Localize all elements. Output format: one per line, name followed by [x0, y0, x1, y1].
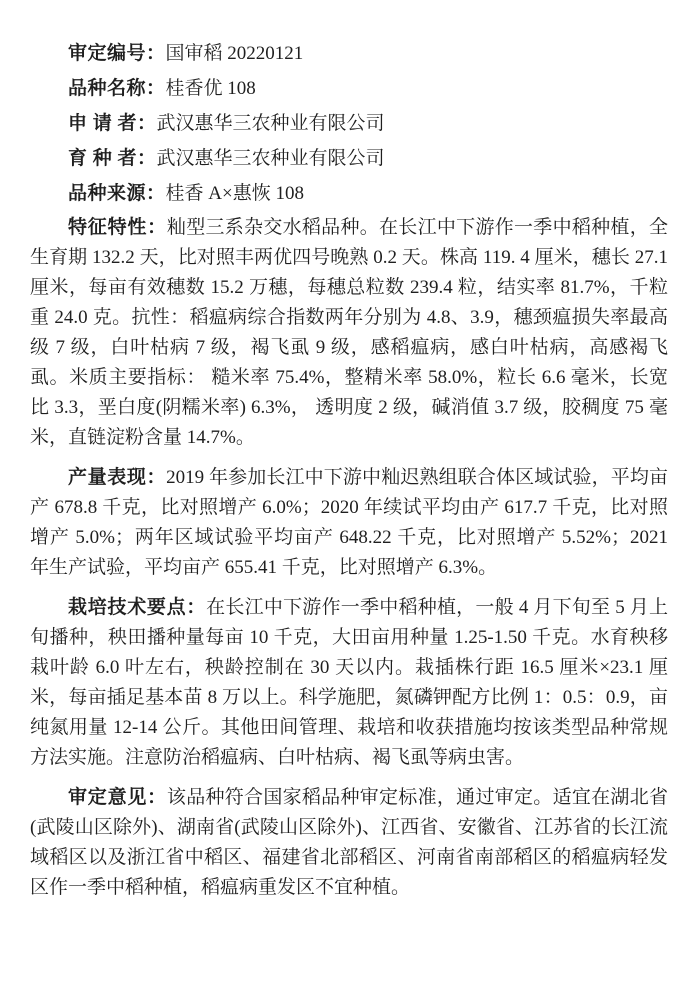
- paragraph-label: 栽培技术要点：: [68, 597, 206, 618]
- field-row-breeder: 育 种 者：武汉惠华三农种业有限公司: [30, 141, 668, 176]
- paragraph-characteristics: 特征特性：籼型三系杂交水稻品种。在长江中下游作一季中稻种植，全生育期 132.2…: [30, 213, 668, 453]
- field-value: 桂香 A×惠恢 108: [166, 183, 304, 204]
- field-label: 审定编号：: [68, 43, 166, 64]
- paragraph-yield-performance: 产量表现：2019 年参加长江中下游中籼迟熟组联合体区域试验，平均亩产 678.…: [30, 463, 668, 583]
- field-value: 武汉惠华三农种业有限公司: [157, 148, 385, 169]
- paragraph-label: 特征特性：: [68, 217, 167, 238]
- field-value: 国审稻 20220121: [166, 43, 304, 64]
- field-label: 品种名称：: [68, 78, 166, 99]
- field-label: 品种来源：: [68, 183, 166, 204]
- field-value: 桂香优 108: [166, 78, 256, 99]
- header-fields: 审定编号：国审稻 20220121 品种名称：桂香优 108 申 请 者：武汉惠…: [30, 36, 668, 211]
- field-row-variety-source: 品种来源：桂香 A×惠恢 108: [30, 176, 668, 211]
- paragraph-text: 籼型三系杂交水稻品种。在长江中下游作一季中稻种植，全生育期 132.2 天，比对…: [30, 217, 668, 448]
- field-row-variety-name: 品种名称：桂香优 108: [30, 71, 668, 106]
- field-label: 申 请 者：: [68, 113, 157, 134]
- paragraph-label: 产量表现：: [68, 467, 166, 488]
- paragraph-label: 审定意见：: [68, 787, 167, 808]
- paragraph-text: 在长江中下游作一季中稻种植，一般 4 月下旬至 5 月上旬播种，秧田播种量每亩 …: [30, 597, 668, 768]
- paragraph-cultivation-techniques: 栽培技术要点：在长江中下游作一季中稻种植，一般 4 月下旬至 5 月上旬播种，秧…: [30, 593, 668, 773]
- paragraph-certification-opinion: 审定意见：该品种符合国家稻品种审定标准，通过审定。适宜在湖北省(武陵山区除外)、…: [30, 783, 668, 903]
- field-row-applicant: 申 请 者：武汉惠华三农种业有限公司: [30, 106, 668, 141]
- document-page: 审定编号：国审稻 20220121 品种名称：桂香优 108 申 请 者：武汉惠…: [0, 0, 700, 991]
- field-row-certification-number: 审定编号：国审稻 20220121: [30, 36, 668, 71]
- field-value: 武汉惠华三农种业有限公司: [157, 113, 385, 134]
- field-label: 育 种 者：: [68, 148, 157, 169]
